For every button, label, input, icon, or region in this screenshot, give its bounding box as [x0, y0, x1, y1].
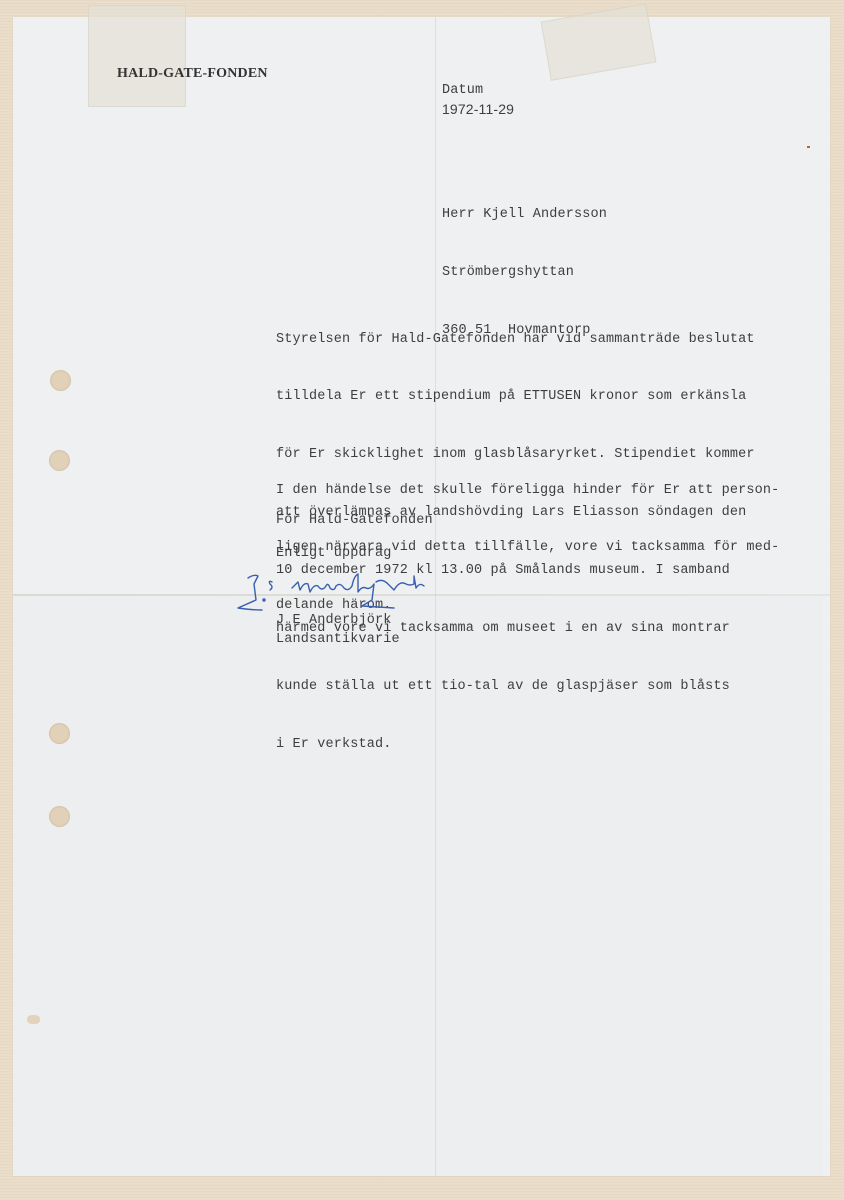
- body-line: i Er verkstad.: [276, 735, 755, 754]
- letterhead: HALD-GATE-FONDEN: [117, 64, 268, 83]
- recipient-street: Strömbergshyttan: [442, 263, 607, 282]
- body-line: I den händelse det skulle föreligga hind…: [276, 481, 779, 500]
- body-line: Styrelsen för Hald-Gatefonden har vid sa…: [276, 330, 755, 349]
- punch-hole: [49, 723, 70, 744]
- punch-hole: [49, 450, 70, 471]
- body-line: tilldela Er ett stipendium på ETTUSEN kr…: [276, 387, 755, 406]
- closing-organization: För Hald-Gatefonden: [276, 511, 433, 530]
- signer-title: Landsantikvarie: [276, 630, 400, 649]
- date-label: Datum: [442, 81, 483, 100]
- closing-by-order: Enligt uppdrag: [276, 544, 392, 563]
- body-line: kunde ställa ut ett tio-tal av de glaspj…: [276, 677, 755, 696]
- signer-name: J E Anderbjörk: [276, 611, 392, 630]
- punch-hole: [49, 806, 70, 827]
- paper-speck: [807, 146, 810, 148]
- mounting-tape-left: [88, 5, 186, 107]
- date-value: 1972-11-29: [442, 100, 514, 119]
- paper-stain: [27, 1015, 40, 1024]
- recipient-name: Herr Kjell Andersson: [442, 205, 607, 224]
- punch-hole: [50, 370, 71, 391]
